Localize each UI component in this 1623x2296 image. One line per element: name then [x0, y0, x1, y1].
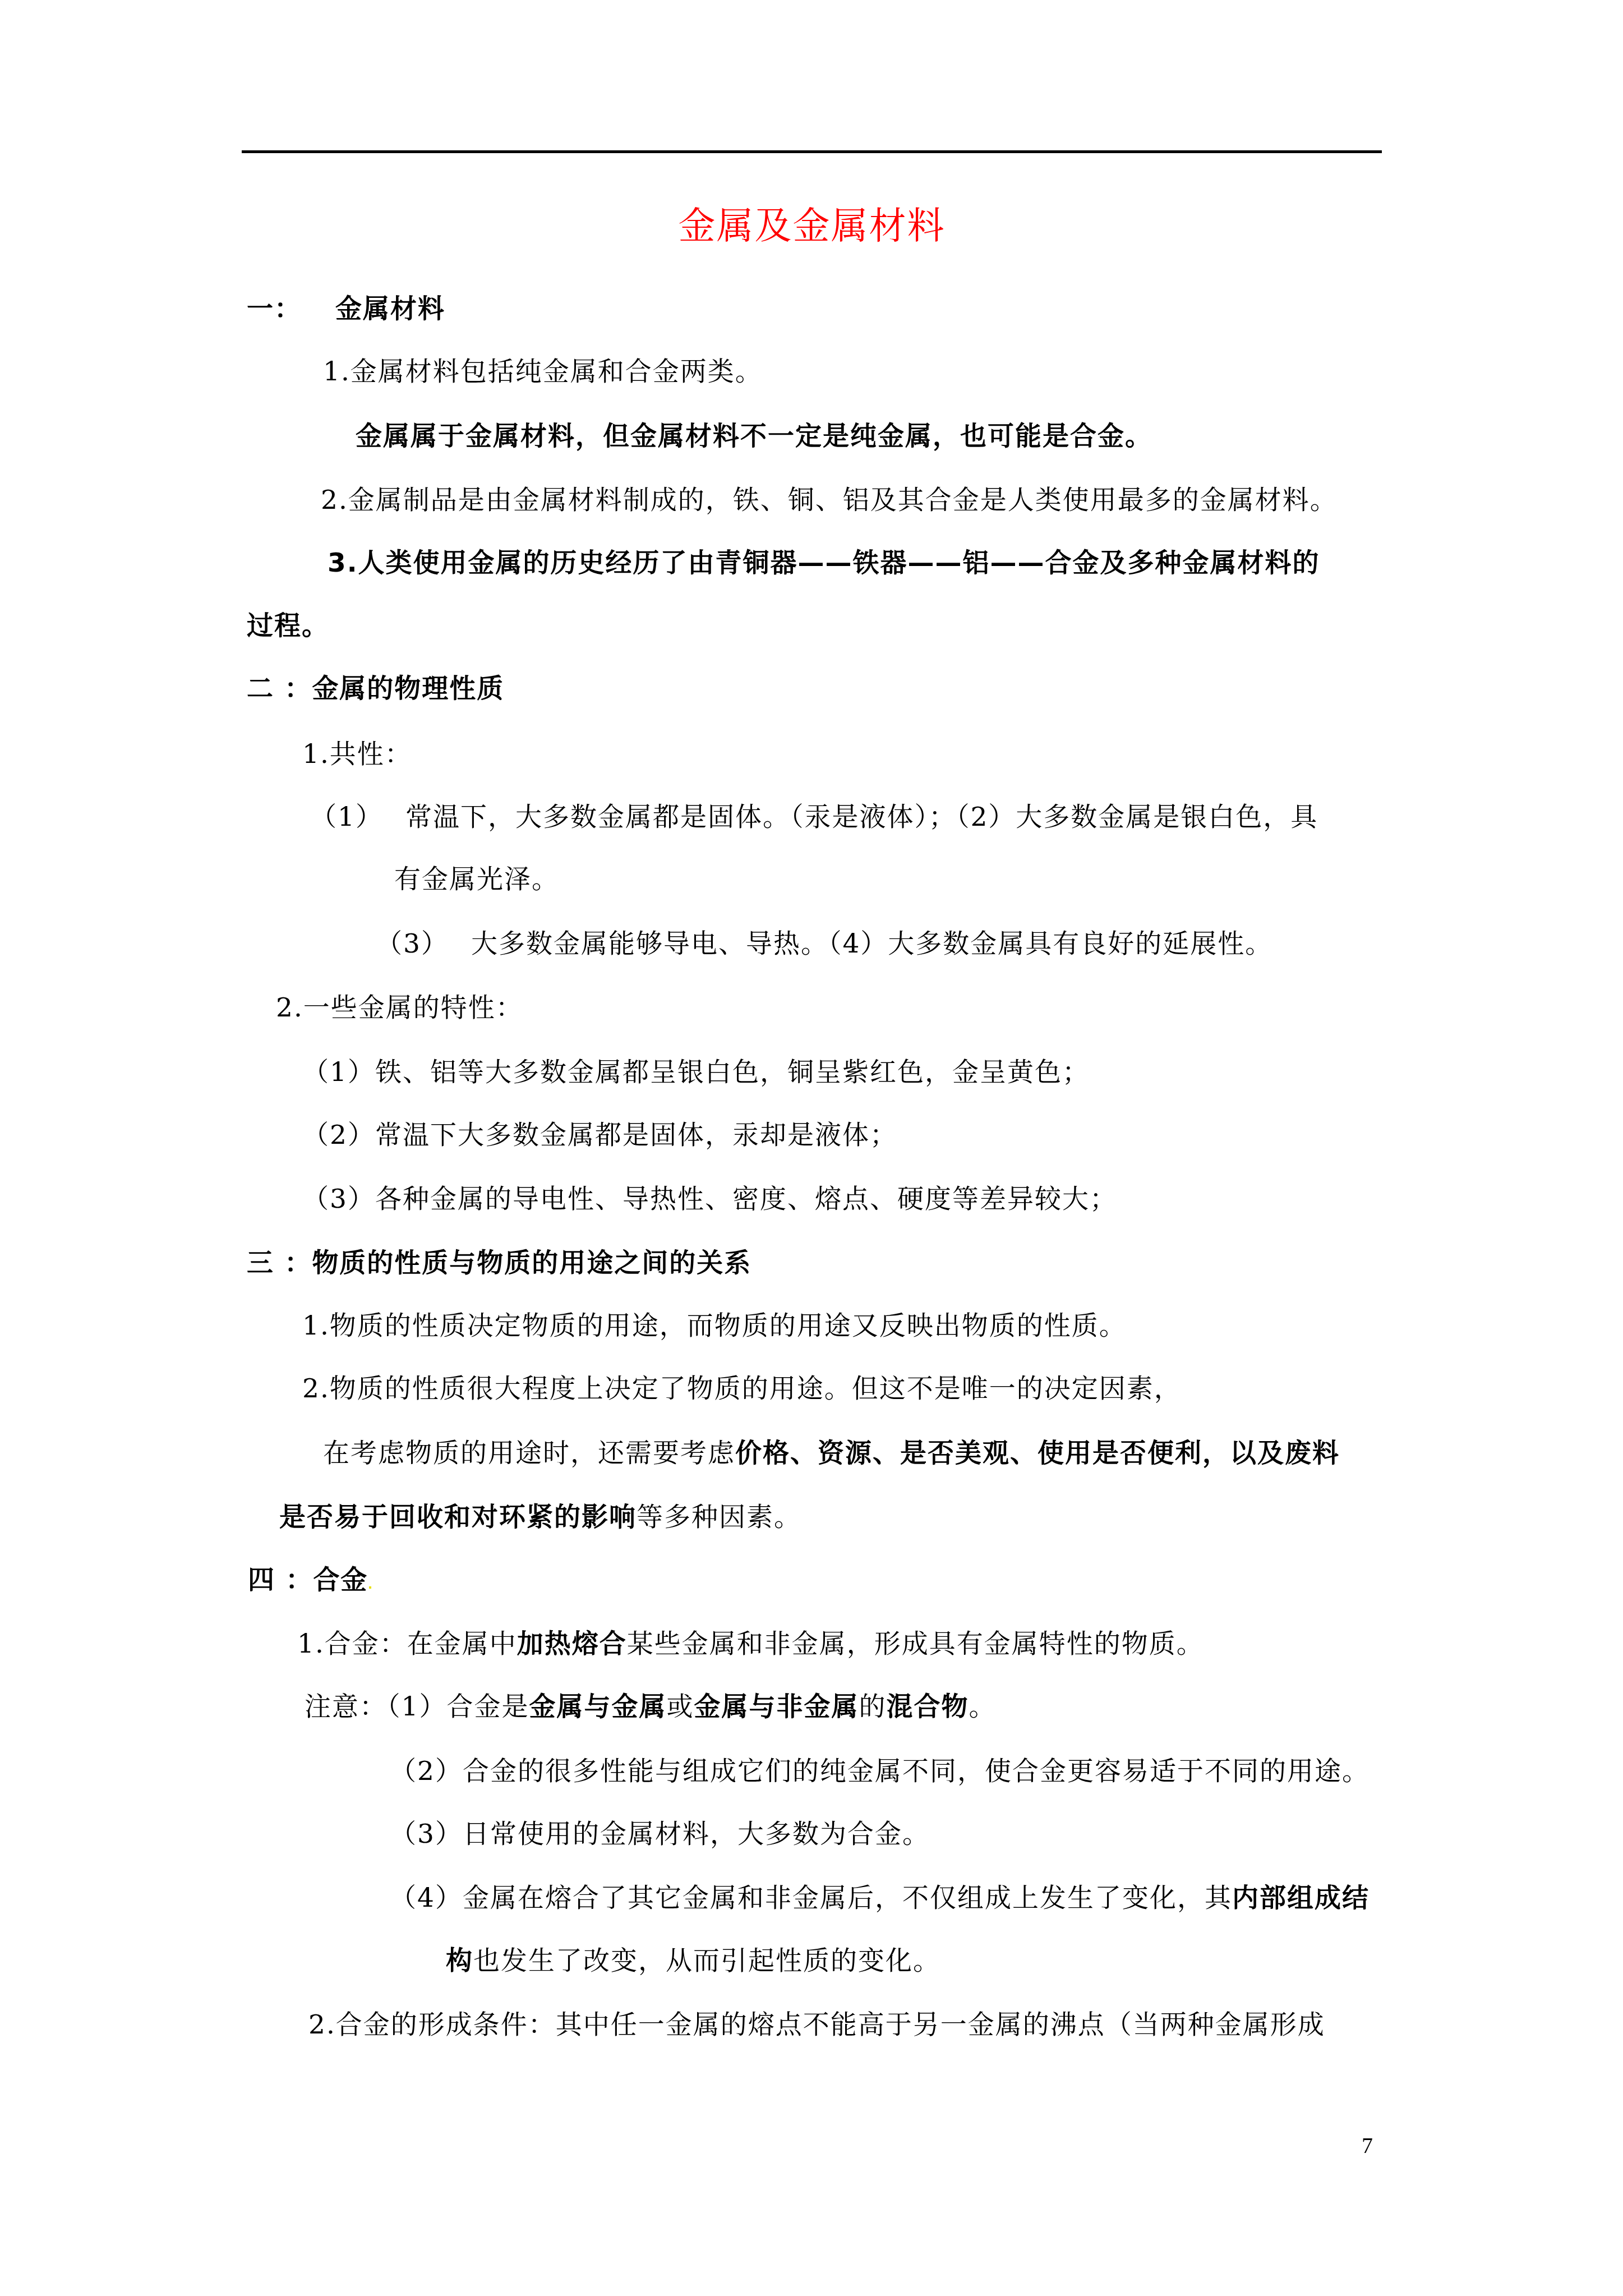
list-label: （3） [376, 928, 449, 959]
text-run: 某些金属和非金属，形成具有金属特性的物质。 [627, 1628, 1204, 1659]
paragraph-line: （3）各种金属的导电性、导热性、密度、熔点、硬度等差异较大； [302, 1182, 1117, 1216]
paragraph-line: 1.共性： [302, 738, 412, 771]
text-run-bold: 混合物 [886, 1691, 969, 1722]
paragraph-line: 是否易于回收和对环紧的影响等多种因素。 [279, 1501, 801, 1534]
paragraph-line: 1.合金：在金属中加热熔合某些金属和非金属，形成具有金属特性的物质。 [297, 1627, 1204, 1661]
section-title: 金属材料 [335, 293, 445, 324]
paragraph-line: 有金属光泽。 [394, 863, 559, 896]
paragraph-line: 2.一些金属的特性： [276, 991, 523, 1025]
list-label: （1） [310, 802, 383, 832]
section-heading-3: 三 ：物质的性质与物质的用途之间的关系 [247, 1246, 751, 1280]
header-rule [242, 150, 1382, 153]
section-heading-4: 四 ：合金 [248, 1563, 371, 1597]
paragraph-line: 在考虑物质的用途时，还需要考虑价格、资源、是否美观、使用是否便利，以及废料 [323, 1437, 1340, 1470]
section-number: 四 ： [248, 1565, 313, 1595]
document-page: 金属及金属材料 一：金属材料 1.金属材料包括纯金属和合金两类。 金属属于金属材… [0, 0, 1623, 2296]
paragraph-line: 2.物质的性质很大程度上决定了物质的用途。但这不是唯一的决定因素， [302, 1372, 1182, 1406]
text-run: （4）金属在熔合了其它金属和非金属后，不仅组成上发生了变化，其 [390, 1883, 1232, 1913]
text-run: 。 [969, 1691, 996, 1722]
text-run: 在考虑物质的用途时，还需要考虑 [323, 1438, 735, 1469]
stray-mark [369, 1586, 371, 1589]
section-heading-2: 二 ：金属的物理性质 [247, 672, 504, 706]
paragraph-line: 注意：（1）合金是金属与金属或金属与非金属的混合物。 [305, 1690, 996, 1724]
section-number: 一： [247, 293, 302, 324]
paragraph-line: 2.金属制品是由金属材料制成的，铁、铜、铝及其合金是人类使用最多的金属材料。 [321, 484, 1338, 517]
paragraph-line-bold: 过程。 [247, 609, 329, 643]
document-title: 金属及金属材料 [242, 205, 1382, 247]
text-run-bold: 价格、资源、是否美观、使用是否便利，以及废料 [735, 1438, 1340, 1469]
section-title: 合金 [313, 1565, 368, 1595]
text-run-bold: 内部组成结 [1232, 1883, 1370, 1913]
section-number: 二 ： [247, 673, 312, 704]
text-run: 的 [859, 1691, 886, 1722]
text-run: 1.合金：在金属中 [297, 1628, 517, 1659]
paragraph-line: 1.物质的性质决定物质的用途，而物质的用途又反映出物质的性质。 [302, 1309, 1127, 1343]
text-run: 或 [666, 1691, 694, 1722]
paragraph-line-bold: 3.人类使用金属的历史经历了由青铜器——铁器——铝——合金及多种金属材料的 [328, 546, 1320, 580]
paragraph-line: （3）日常使用的金属材料，大多数为合金。 [390, 1818, 930, 1851]
list-text: 大多数金属能够导电、导热。（4）大多数金属具有良好的延展性。 [471, 928, 1272, 959]
section-title: 物质的性质与物质的用途之间的关系 [312, 1248, 751, 1278]
text-run: 也发生了改变，从而引起性质的变化。 [473, 1945, 940, 1976]
paragraph-line-bold: 金属属于金属材料，但金属材料不一定是纯金属，也可能是合金。 [356, 420, 1152, 453]
list-item: （1）常温下，大多数金属都是固体。（汞是液体）；（2）大多数金属是银白色，具 [310, 800, 1318, 834]
paragraph-line: （4）金属在熔合了其它金属和非金属后，不仅组成上发生了变化，其内部组成结 [390, 1881, 1370, 1915]
text-run: 等多种因素。 [637, 1502, 801, 1533]
text-run: 注意：（1）合金是 [305, 1691, 529, 1722]
section-title: 金属的物理性质 [312, 673, 504, 704]
section-heading-1: 一：金属材料 [247, 292, 445, 326]
text-run-bold: 构 [446, 1945, 473, 1976]
text-run-bold: 金属与金属 [529, 1691, 666, 1722]
text-run-bold: 金属与非金属 [694, 1691, 859, 1722]
text-run-bold: 加热熔合 [517, 1628, 627, 1659]
paragraph-line: 2.合金的形成条件：其中任一金属的熔点不能高于另一金属的沸点（当两种金属形成 [308, 2008, 1325, 2042]
paragraph-line: 1.金属材料包括纯金属和合金两类。 [323, 355, 763, 389]
text-run-bold: 是否易于回收和对环紧的影响 [279, 1502, 637, 1533]
list-text: 常温下，大多数金属都是固体。（汞是液体）；（2）大多数金属是银白色，具 [405, 802, 1318, 832]
paragraph-line: （2）合金的很多性能与组成它们的纯金属不同，使合金更容易适于不同的用途。 [390, 1755, 1370, 1788]
page-number: 7 [1362, 2132, 1373, 2160]
paragraph-line: （1）铁、铝等大多数金属都呈银白色，铜呈紫红色，金呈黄色； [302, 1056, 1090, 1089]
paragraph-line: （2）常温下大多数金属都是固体，汞却是液体； [302, 1119, 897, 1152]
section-number: 三 ： [247, 1248, 312, 1278]
list-item: （3）大多数金属能够导电、导热。（4）大多数金属具有良好的延展性。 [376, 927, 1272, 961]
paragraph-line: 构也发生了改变，从而引起性质的变化。 [446, 1944, 940, 1978]
